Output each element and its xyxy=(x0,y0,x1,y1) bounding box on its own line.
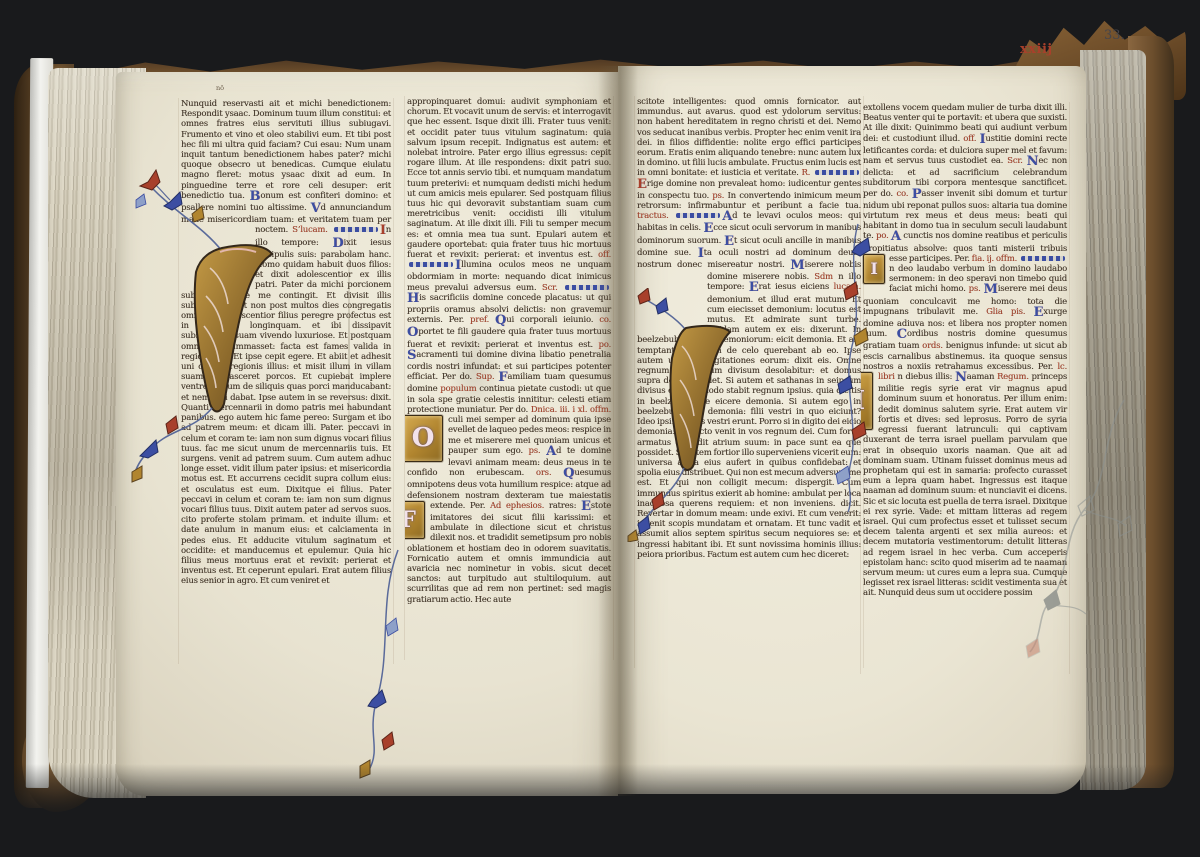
book-gutter-shadow xyxy=(598,66,638,796)
quire-numeral: xxiij xyxy=(1020,42,1053,57)
parchment-crease xyxy=(348,192,350,492)
folio-number: 33. xyxy=(1104,28,1125,43)
photo-backdrop: Nunquid reservasti ait et michi benedict… xyxy=(0,0,1200,857)
text-column-left-1: Nunquid reservasti ait et michi benedict… xyxy=(178,98,394,664)
text-column-left-2: appropinquaret domui: audivit symphoniam… xyxy=(404,96,614,660)
right-page: scitote intelligentes: quod omnis fornic… xyxy=(618,66,1086,794)
bottom-shadow xyxy=(0,764,1200,857)
right-leaf-edges xyxy=(1080,50,1146,790)
interlinear-correction: nō xyxy=(216,84,224,92)
left-page: Nunquid reservasti ait et michi benedict… xyxy=(116,72,618,796)
text-column-right-2: extollens vocem quedam mulier de turba d… xyxy=(860,102,1070,674)
text-column-right-1: scitote intelligentes: quod omnis fornic… xyxy=(634,96,864,668)
